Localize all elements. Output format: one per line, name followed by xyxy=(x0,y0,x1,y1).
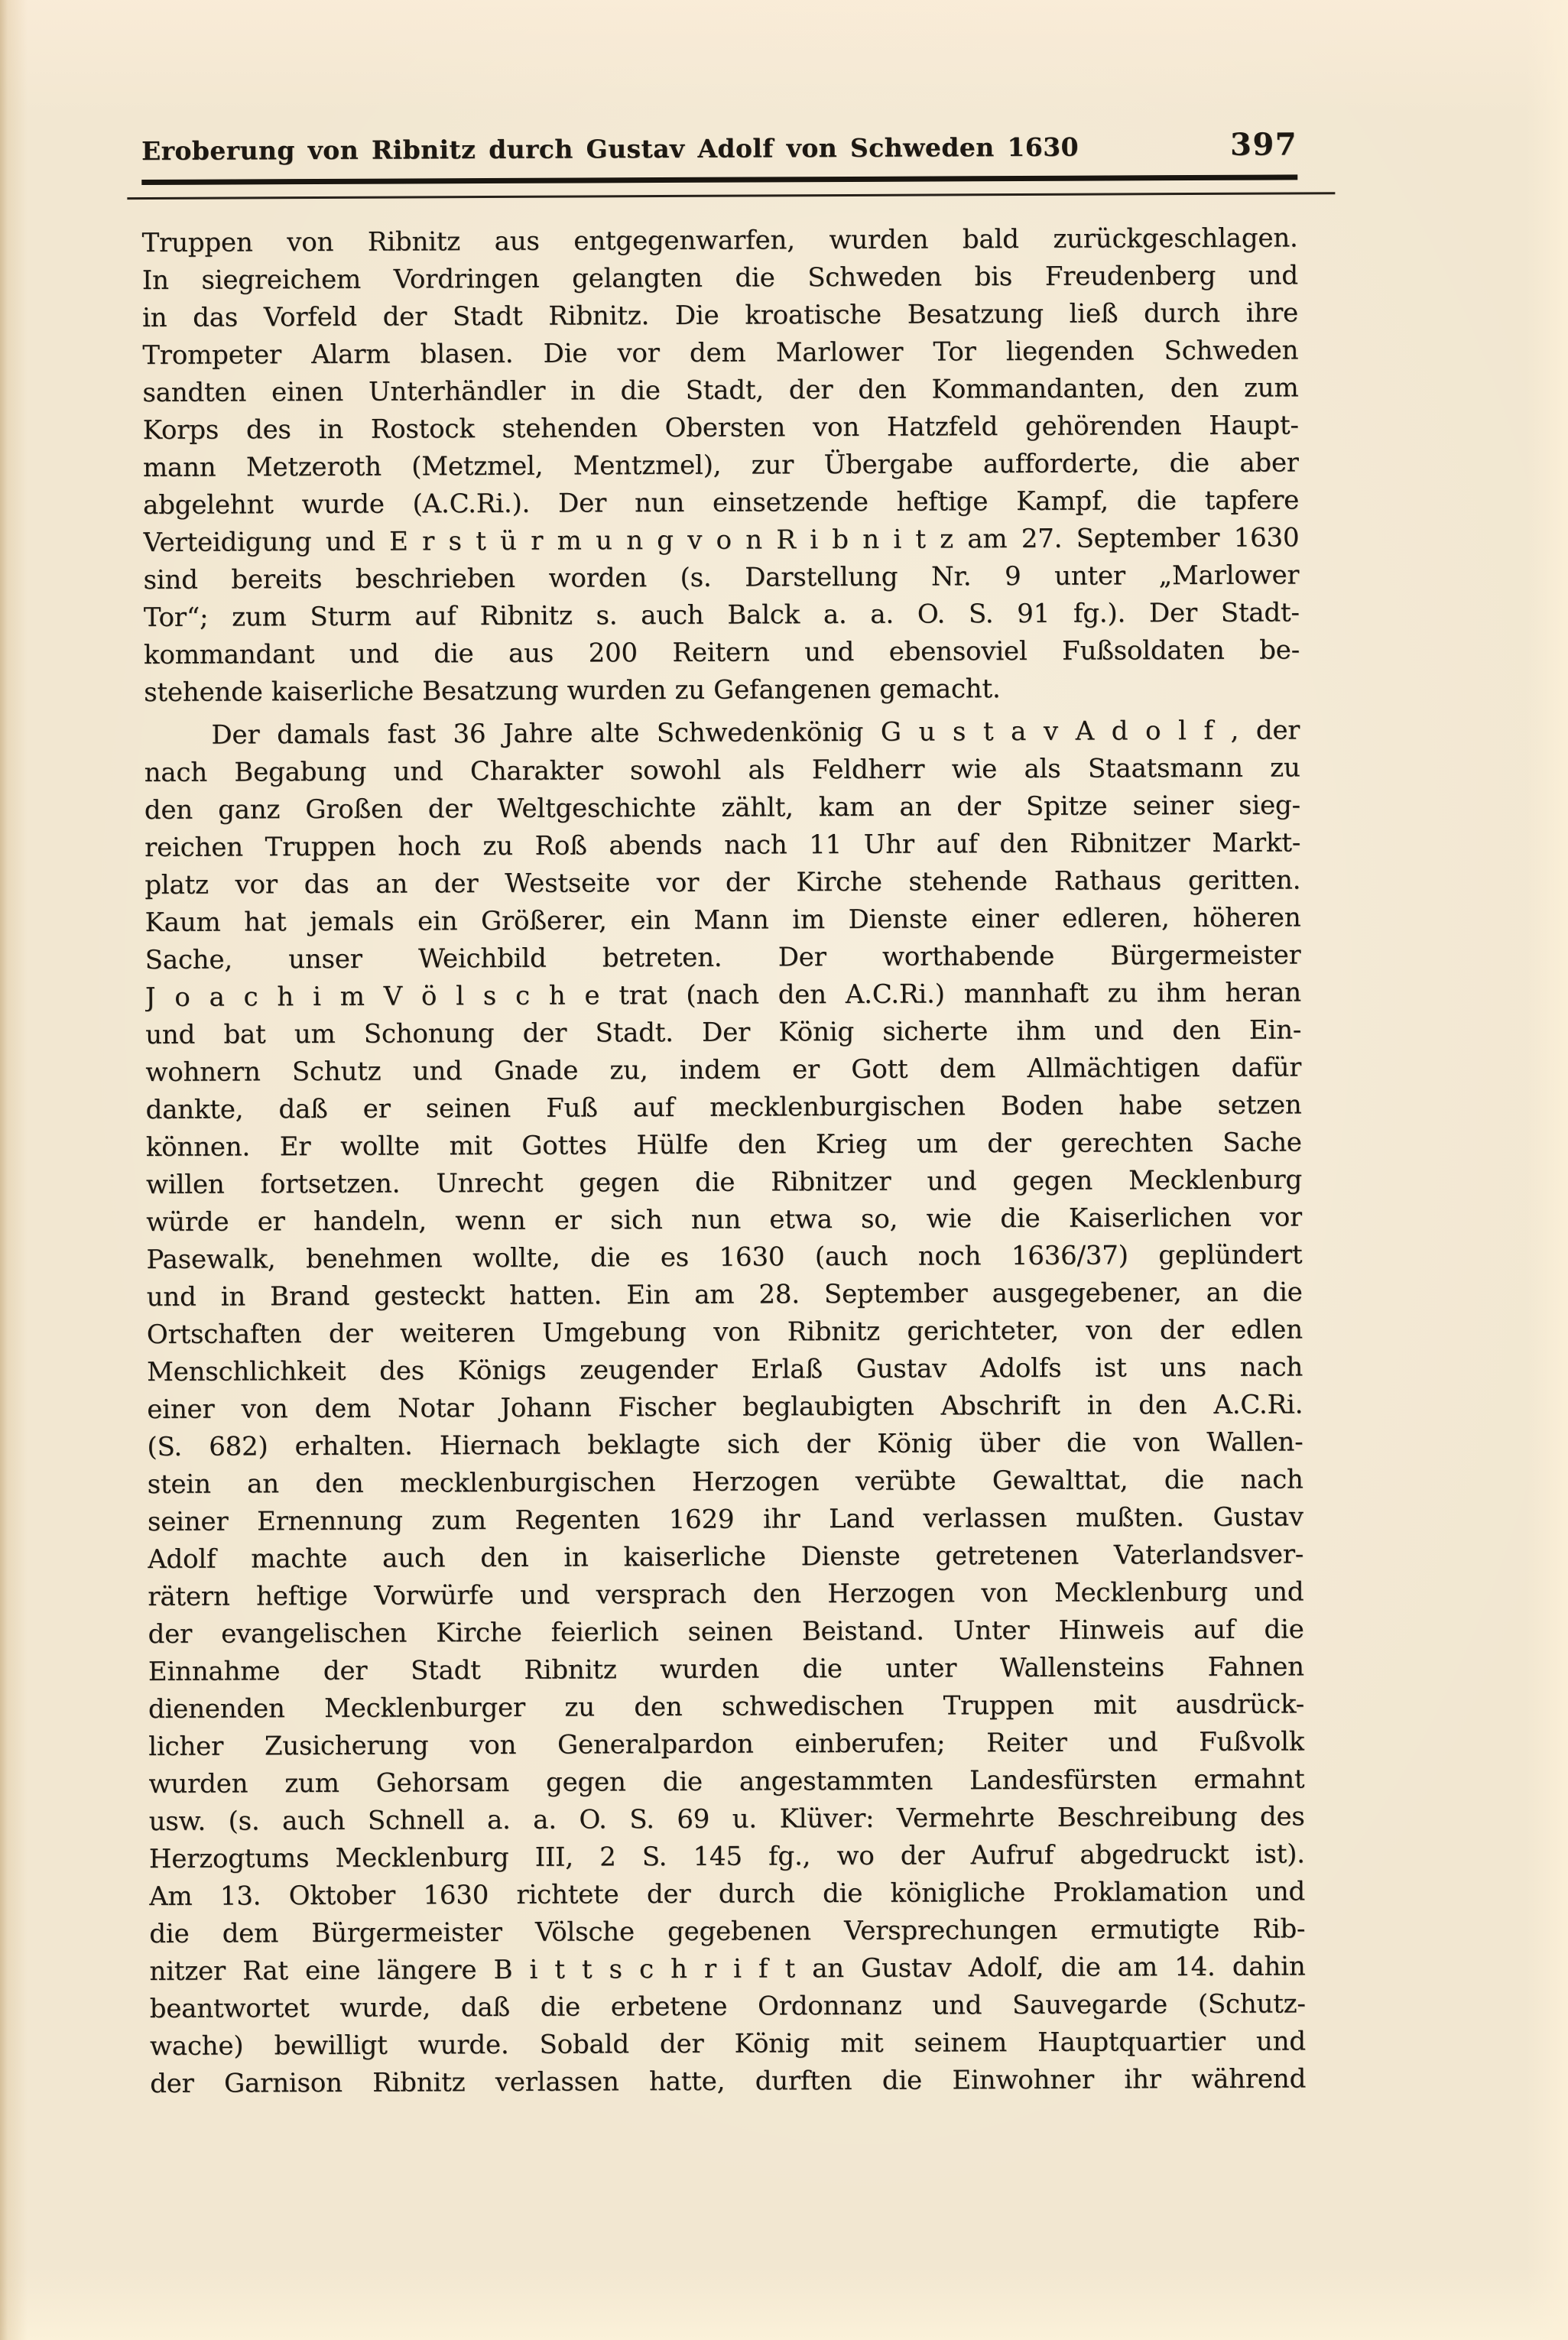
text-line: Kaum hat jemals ein Größerer, ein Mann i… xyxy=(144,899,1300,942)
running-header-title: Eroberung von Ribnitz durch Gustav Adolf… xyxy=(141,132,1079,166)
text-line: nitzer Rat eine längere B i t t s c h r … xyxy=(149,1948,1305,1991)
text-line: Am 13. Oktober 1630 richtete der durch d… xyxy=(149,1873,1305,1916)
text-line: Trompeter Alarm blasen. Die vor dem Marl… xyxy=(142,332,1298,375)
text-line: Herzogtums Mecklenburg III, 2 S. 145 fg.… xyxy=(149,1835,1305,1878)
text-line: der evangelischen Kirche feierlich seine… xyxy=(148,1611,1303,1654)
text-line: sandten einen Unterhändler in die Stadt,… xyxy=(142,369,1298,412)
book-page: Eroberung von Ribnitz durch Gustav Adolf… xyxy=(0,0,1568,2340)
text-line: seiner Ernennung zum Regenten 1629 ihr L… xyxy=(148,1498,1303,1541)
text-line: den ganz Großen der Weltgeschichte zählt… xyxy=(144,787,1300,829)
text-line: Einnahme der Stadt Ribnitz wurden die un… xyxy=(148,1648,1304,1691)
text-line: abgelehnt wurde (A.C.Ri.). Der nun einse… xyxy=(143,482,1299,524)
text-line: und bat um Schonung der Stadt. Der König… xyxy=(145,1011,1301,1054)
header-rule-thick xyxy=(141,174,1297,185)
text-line: würde er handeln, wenn er sich nun etwa … xyxy=(146,1199,1302,1241)
text-line: dankte, daß er seinen Fuß auf mecklenbur… xyxy=(145,1086,1301,1129)
text-line: Der damals fast 36 Jahre alte Schwedenkö… xyxy=(144,712,1300,755)
text-line: Adolf machte auch den in kaiserliche Die… xyxy=(148,1536,1303,1579)
text-line: Ortschaften der weiteren Umgebung von Ri… xyxy=(147,1311,1303,1354)
text-line: Pasewalk, benehmen wollte, die es 1630 (… xyxy=(146,1236,1302,1279)
page-body: Truppen von Ribnitz aus entgegenwarfen, … xyxy=(142,219,1307,2103)
text-line: mann Metzeroth (Metzmel, Mentzmel), zur … xyxy=(143,444,1299,487)
text-line: Korps des in Rostock stehenden Obersten … xyxy=(143,407,1299,450)
text-line: können. Er wollte mit Gottes Hülfe den K… xyxy=(146,1124,1302,1167)
text-line: J o a c h i m V ö l s c h e trat (nach d… xyxy=(145,974,1301,1017)
text-line: rätern heftige Vorwürfe und versprach de… xyxy=(148,1573,1303,1616)
text-line: wache) bewilligt wurde. Sobald der König… xyxy=(150,2023,1306,2066)
paragraph: Der damals fast 36 Jahre alte Schwedenkö… xyxy=(144,712,1306,2103)
text-line: willen fortsetzen. Unrecht gegen die Rib… xyxy=(146,1161,1302,1204)
text-line: Sache, unser Weichbild betreten. Der wor… xyxy=(145,936,1301,979)
text-line: und in Brand gesteckt hatten. Ein am 28.… xyxy=(147,1274,1303,1316)
text-line: einer von dem Notar Johann Fischer begla… xyxy=(147,1386,1303,1429)
paragraph: Truppen von Ribnitz aus entgegenwarfen, … xyxy=(142,219,1300,712)
text-line: Menschlichkeit des Königs zeugender Erla… xyxy=(147,1349,1303,1391)
text-line: wurden zum Gehorsam gegen die angestammt… xyxy=(148,1761,1304,1803)
text-line: (S. 682) erhalten. Hiernach beklagte sic… xyxy=(147,1423,1303,1466)
text-line: stehende kaiserliche Besatzung wurden zu… xyxy=(144,669,1300,712)
text-line: licher Zusicherung von Generalpardon ein… xyxy=(148,1723,1304,1766)
text-line: wohnern Schutz und Gnade zu, indem er Go… xyxy=(145,1049,1301,1092)
text-line: Verteidigung und E r s t ü r m u n g v o… xyxy=(143,519,1299,562)
header-rule-thin xyxy=(127,192,1335,200)
text-line: Tor“; zum Sturm auf Ribnitz s. auch Balc… xyxy=(144,594,1300,637)
page-header: Eroberung von Ribnitz durch Gustav Adolf… xyxy=(141,126,1297,167)
text-line: stein an den mecklenburgischen Herzogen … xyxy=(148,1461,1303,1504)
text-line: In siegreichem Vordringen gelangten die … xyxy=(142,257,1298,300)
text-line: reichen Truppen hoch zu Roß abends nach … xyxy=(144,824,1300,867)
text-line: in das Vorfeld der Stadt Ribnitz. Die kr… xyxy=(142,294,1298,337)
text-line: Truppen von Ribnitz aus entgegenwarfen, … xyxy=(142,219,1298,262)
text-line: kommandant und die aus 200 Reitern und e… xyxy=(144,631,1300,674)
text-line: der Garnison Ribnitz verlassen hatte, du… xyxy=(150,2060,1306,2103)
text-line: dienenden Mecklenburger zu den schwedisc… xyxy=(148,1686,1304,1728)
text-line: nach Begabung und Charakter sowohl als F… xyxy=(144,749,1300,792)
page-content: Eroberung von Ribnitz durch Gustav Adolf… xyxy=(141,126,1306,2103)
text-line: die dem Bürgermeister Völsche gegebenen … xyxy=(149,1910,1305,1953)
text-line: platz vor das an der Westseite vor der K… xyxy=(144,862,1300,904)
text-line: usw. (s. auch Schnell a. a. O. S. 69 u. … xyxy=(149,1798,1305,1841)
page-number: 397 xyxy=(1230,126,1297,162)
text-line: sind bereits beschrieben worden (s. Dars… xyxy=(143,557,1299,599)
text-line: beantwortet wurde, daß die erbetene Ordo… xyxy=(150,1985,1306,2028)
